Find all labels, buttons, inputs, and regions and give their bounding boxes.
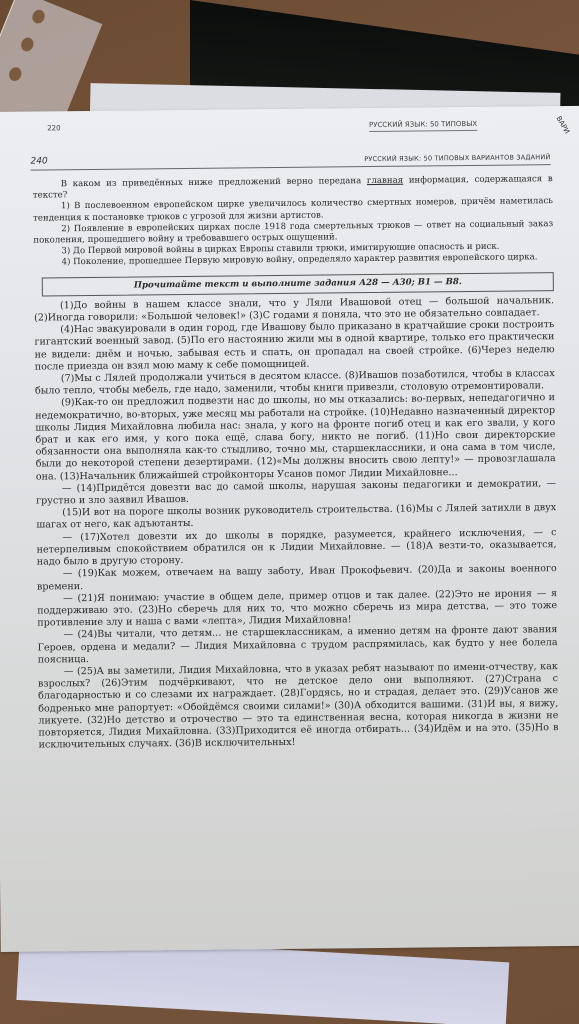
reading-text: (1)До войны в нашем классе знали, что у …: [34, 295, 559, 752]
page-header: 240 РУССКИЙ ЯЗЫК: 50 ТИПОВЫХ ВАРИАНТОВ З…: [30, 151, 550, 170]
previous-page-number: 220: [47, 124, 60, 135]
page-number: 240: [30, 156, 47, 166]
punch-hole: [19, 36, 35, 53]
book-title: РУССКИЙ ЯЗЫК: 50 ТИПОВЫХ ВАРИАНТОВ ЗАДАН…: [364, 153, 550, 163]
paragraph: — (24)Вы читали, что детям... не старшек…: [37, 624, 557, 666]
previous-page-header: 220 РУССКИЙ ЯЗЫК: 50 ТИПОВЫХ: [47, 120, 477, 136]
underlined-word: главная: [367, 176, 403, 186]
punch-hole: [30, 8, 46, 25]
previous-page-title: РУССКИЙ ЯЗЫК: 50 ТИПОВЫХ: [369, 120, 477, 132]
punch-hole: [7, 65, 23, 82]
task-instruction-box: Прочитайте текст и выполните задания А28…: [42, 272, 554, 297]
book-page: 220 РУССКИЙ ЯЗЫК: 50 ТИПОВЫХ ВАРИ 240 РУ…: [0, 106, 579, 952]
paragraph: (4)Нас эвакуировали в один город, где Ив…: [34, 319, 554, 373]
paragraph: — (21)Я понимаю: участие в общем деле, п…: [37, 588, 557, 630]
paragraph: — (17)Хотел довезти их до школы в порядк…: [36, 527, 556, 569]
paragraph: (9)Как-то он предложил подвезти нас до ш…: [35, 393, 556, 484]
paragraph: — (25)А вы заметили, Лидия Михайловна, ч…: [38, 661, 559, 752]
side-tab: ВАРИ: [554, 115, 571, 135]
page-content: В каком из приведённых ниже предложений …: [33, 174, 559, 752]
